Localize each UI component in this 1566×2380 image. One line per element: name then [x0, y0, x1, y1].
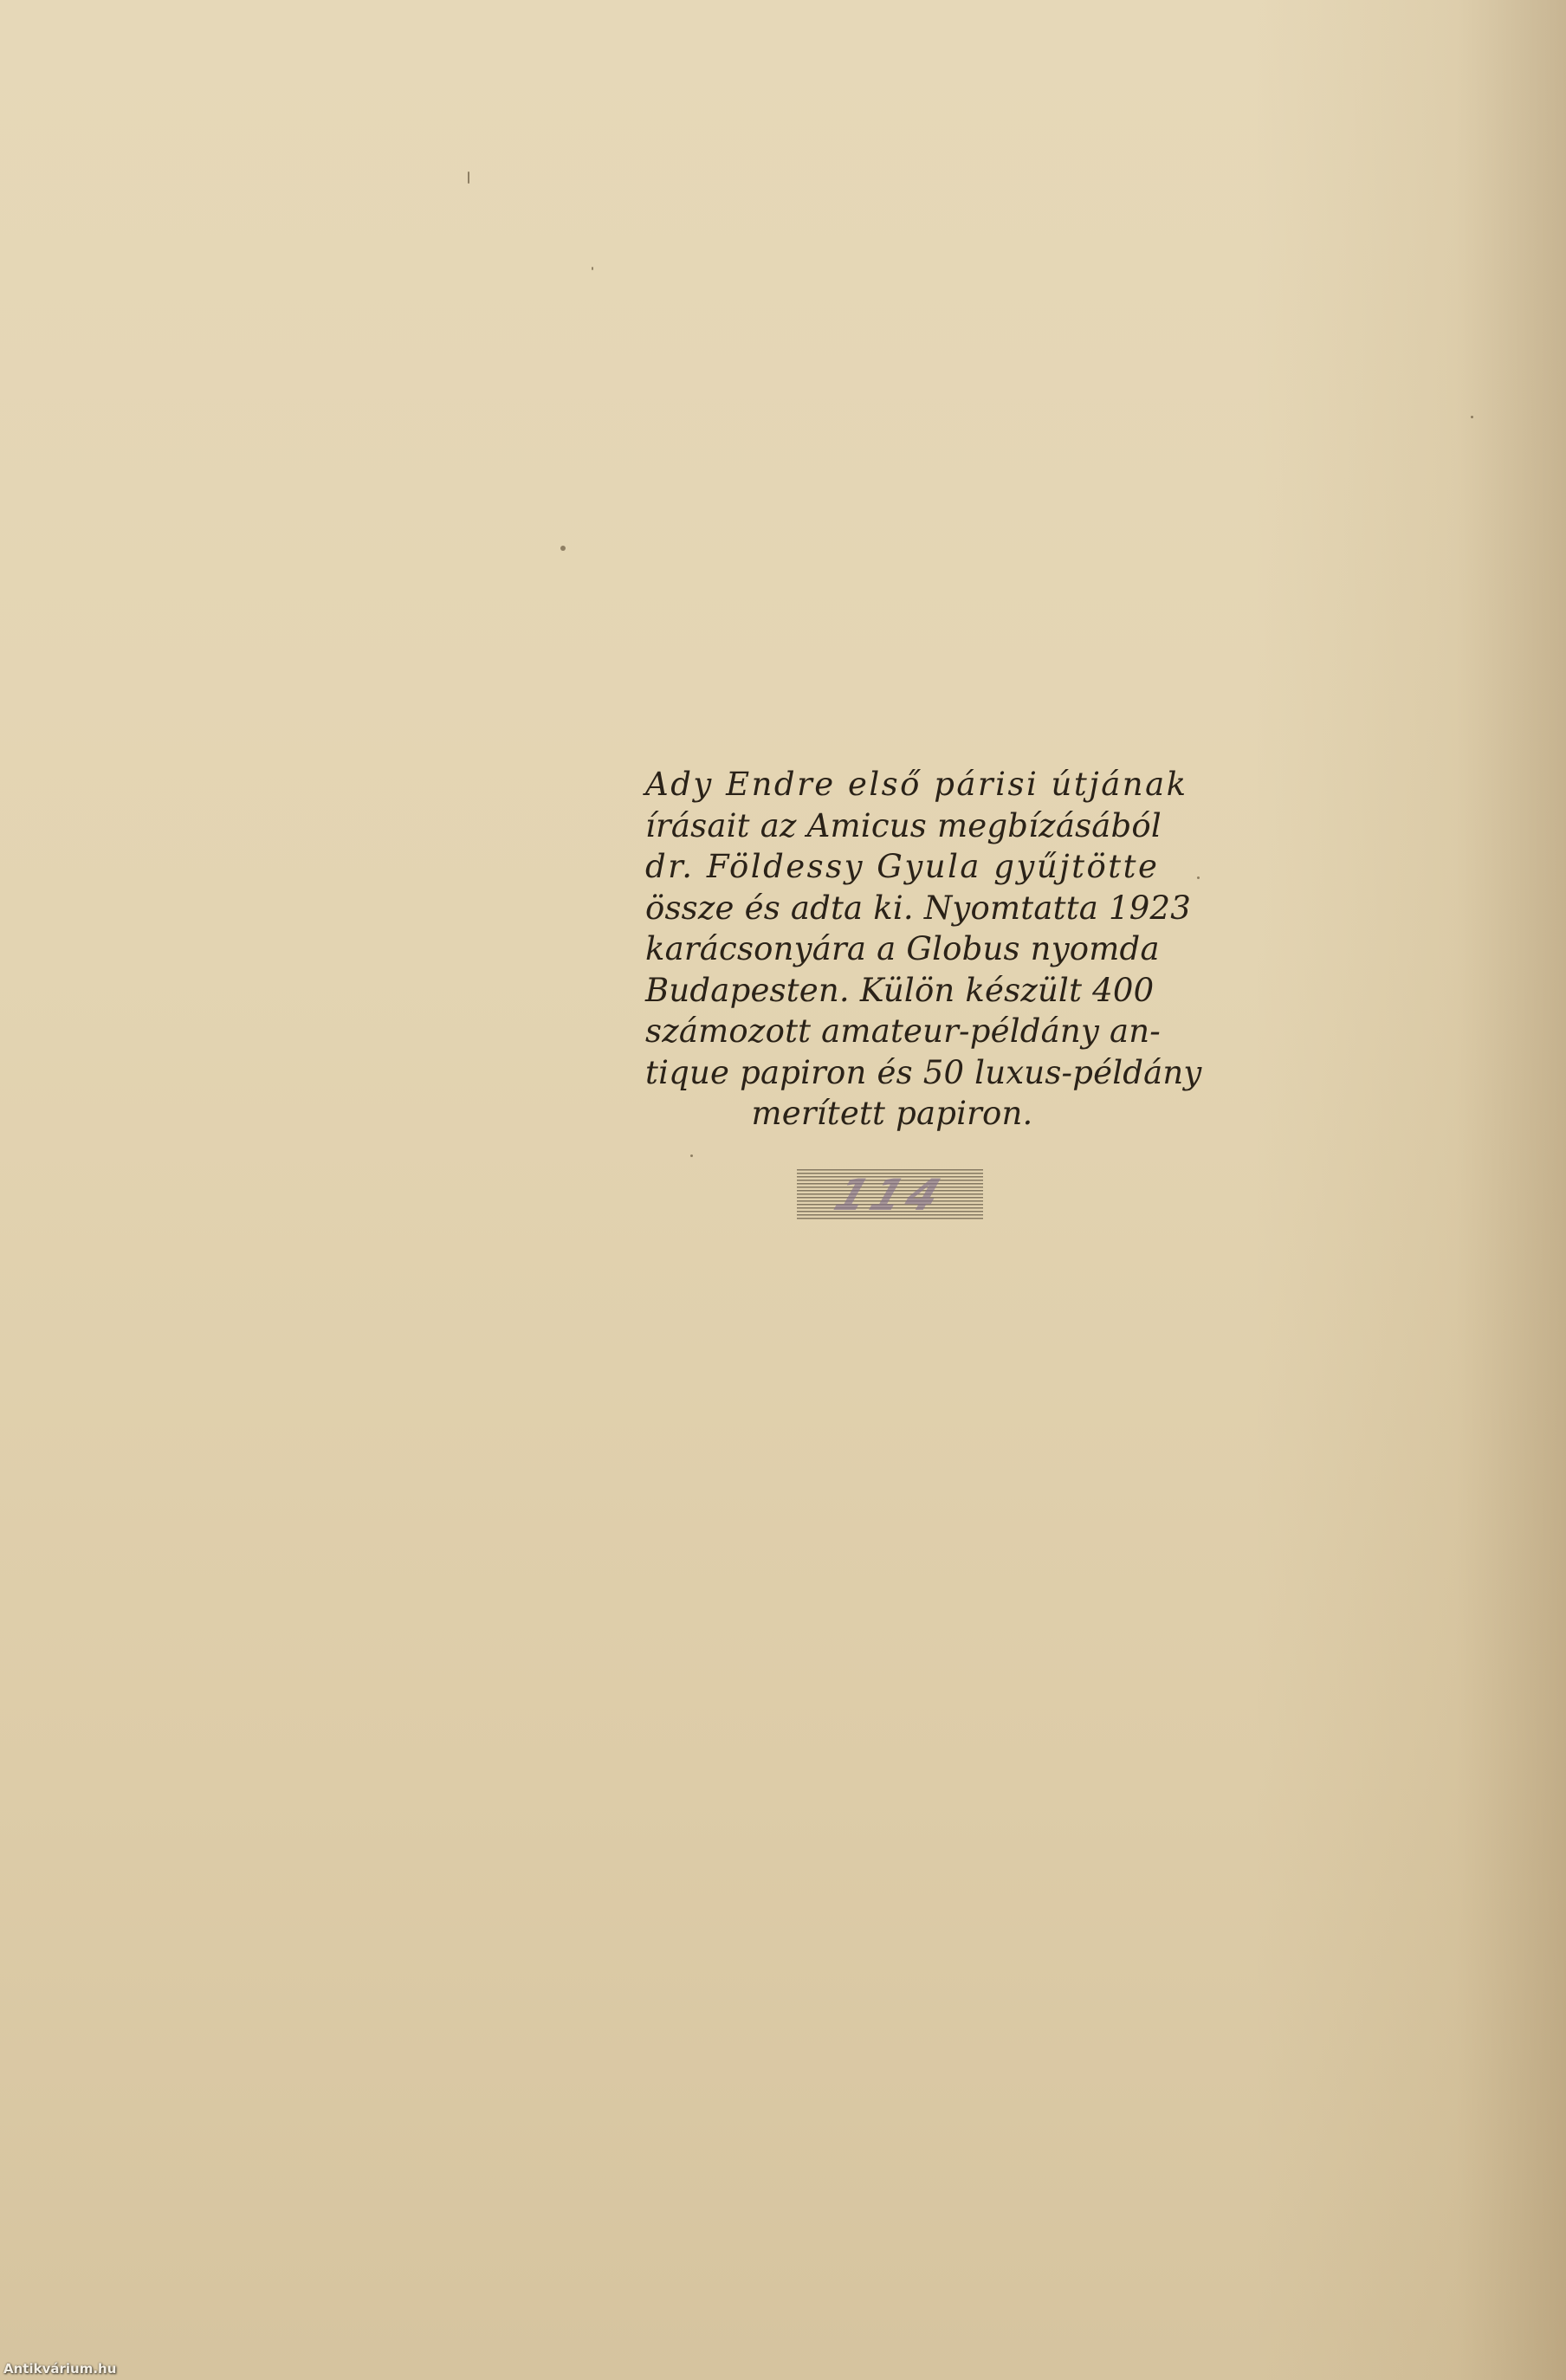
colophon-line: merített papiron. [645, 1093, 1139, 1135]
copy-number-box: 114 [797, 1169, 983, 1221]
paper-speck [560, 546, 566, 551]
paper-speck [690, 1154, 693, 1157]
copy-number: 114 [787, 1169, 993, 1221]
colophon-line: írásait az Amicus megbízásából [645, 805, 1139, 847]
paper-speck [1471, 416, 1473, 418]
paper-speck [592, 267, 593, 270]
colophon-line: Budapesten. Külön készült 400 [645, 970, 1139, 1012]
colophon-line: dr. Földessy Gyula gyűjtötte [645, 846, 1139, 888]
colophon-line: tique papiron és 50 luxus-példány [645, 1052, 1139, 1094]
colophon-line: számozott amateur-példány an- [645, 1011, 1139, 1052]
colophon-line: Ady Endre első párisi útjának [645, 764, 1139, 805]
colophon-line: karácsonyára a Globus nyomda [645, 928, 1139, 970]
paper-speck [1197, 876, 1200, 879]
paper-speck [468, 171, 469, 184]
colophon-text: Ady Endre első párisi útjának írásait az… [645, 764, 1139, 1135]
colophon-line: össze és adta ki. Nyomtatta 1923 [645, 888, 1139, 929]
watermark: Antikvárium.hu [3, 2361, 116, 2377]
book-page: Ady Endre első párisi útjának írásait az… [0, 0, 1566, 2380]
